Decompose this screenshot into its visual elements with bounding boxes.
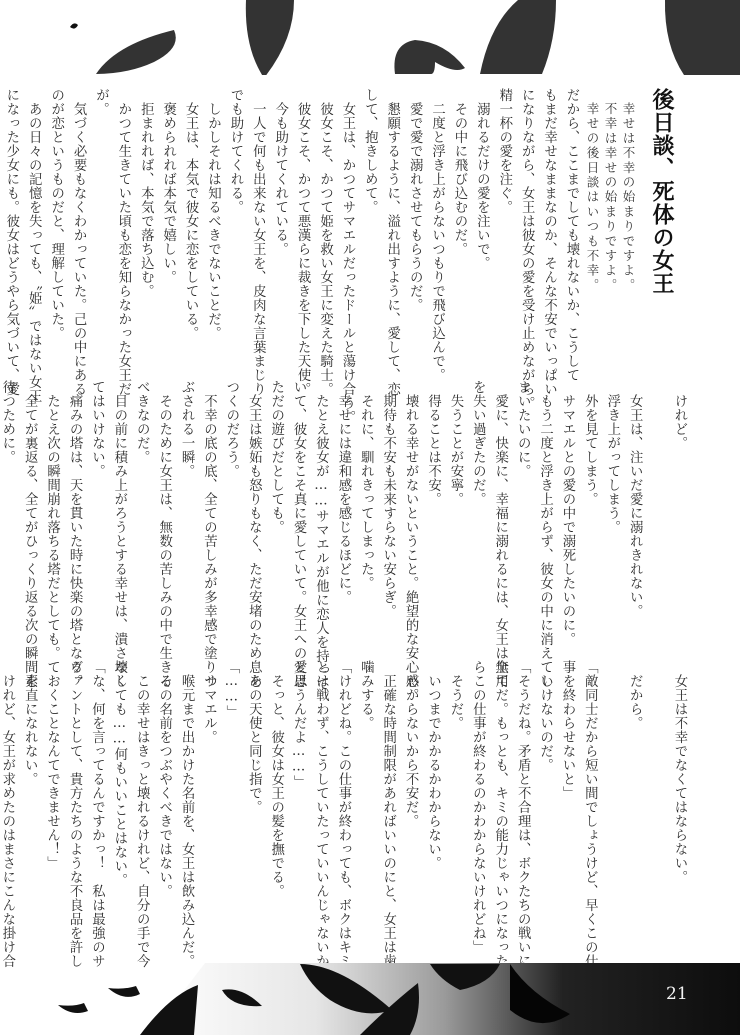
text-line: けれど、女王が求めたのはまさにこんな掛け合: [0, 660, 18, 946]
text-line: 女王は不幸でなくてはならない。: [668, 660, 690, 946]
bottom-feathers-decoration-icon: [0, 962, 740, 1035]
text-line: 噛みする。: [354, 660, 376, 946]
text-line: して、抱きしめて。: [358, 88, 380, 358]
text-line: まいたいのに。: [511, 380, 533, 642]
text-band-middle: けれど。 女王は、注いだ愛に溺れきれない。 浮き上がってしまう。 外を見てしまう…: [82, 380, 690, 642]
text-line: サマエルとの愛の中で溺死したいのに。: [556, 380, 578, 642]
text-band-top: だから、ここまでしても壊れないか、こうしてもまだ幸せなままなのか、そんな不安でい…: [82, 88, 582, 358]
text-line: いけないのだ。: [533, 660, 555, 946]
text-line: 気づく必要もなくわかっていた。己の中にある: [67, 88, 89, 358]
text-line: 目の前に積み上がろうとする幸せは、潰さなく: [107, 380, 129, 642]
text-line: [645, 380, 667, 642]
text-line: を失い過ぎたのだ。: [466, 380, 488, 642]
text-line: 女王は、注いだ愛に溺れきれない。: [623, 380, 645, 642]
text-line: 今も助けてくれている。: [268, 88, 290, 358]
text-line: あの日々の記憶を失っても、〝姫〟ではない女王: [22, 88, 44, 358]
text-line: 幸せには違和感を感じるほどに。: [332, 380, 354, 642]
epigraph: 幸せは不幸の始まりですよ。不幸は幸せの始まりですよ。幸せの後日談はいつも不幸。: [583, 102, 637, 293]
text-line: いて、彼女をこそ真に愛していて。女王への愛は: [287, 380, 309, 642]
text-line: その中に飛び込むのだ。: [448, 88, 470, 358]
page-number: 21: [666, 984, 688, 1004]
text-line: 彼女こそ、かつて姫を救い女王に変えた騎士。: [313, 88, 335, 358]
text-line: だから。: [623, 660, 645, 946]
text-line: てはいけない。: [85, 380, 107, 642]
text-line: サマエル。: [197, 660, 219, 946]
text-line: が。: [89, 88, 111, 358]
text-line: かつて生きていた頃も恋を知らなかった女王だ: [111, 88, 133, 358]
text-line: 喉元まで出かけた名前を、女王は飲み込んだ。: [175, 660, 197, 946]
text-line: 愛で愛で溺れさせてもらうのだ。: [403, 88, 425, 358]
text-line: [600, 660, 622, 946]
text-line: 褒められれば本気で嬉しい。: [156, 88, 178, 358]
text-line: 二度と浮き上がらないつもりで飛び込んで。: [425, 88, 447, 358]
text-line: 溺れるだけの愛を注いで。: [470, 88, 492, 358]
text-line: つくのだろう。: [219, 380, 241, 642]
text-line: 一人で何も出来ない女王を、皮肉な言葉まじり: [246, 88, 268, 358]
text-line: 痛みの塔は、天を貫いた時に快楽の塔となる。: [63, 380, 85, 642]
text-line: 懇願するように、溢れ出すように、愛して、恋: [380, 88, 402, 358]
text-line: 愛に、快楽に、幸福に溺れるには、女王は全て: [488, 380, 510, 642]
text-line: 彼女こそ、かつて悪漢らに裁きを下した天使。: [291, 88, 313, 358]
text-line: 精一杯の愛を注ぐ。: [492, 88, 514, 358]
text-line: 拒まれれば、本気で落ち込む。: [134, 88, 156, 358]
text-line: ておくことなんてできません！」: [40, 660, 62, 946]
text-line: ただの遊びだとしても。: [264, 380, 286, 642]
text-line: のが恋というものだと、理解していた。: [44, 88, 66, 358]
text-line: 期待も不安も未来すらない安らぎ。: [376, 380, 398, 642]
text-line: らこの仕事が終わるのかわからないけれどね」: [466, 660, 488, 946]
text-line: わからないから不安だ。: [399, 660, 421, 946]
epigraph-line: 不幸は幸せの始まりですよ。: [601, 102, 619, 293]
text-line: この幸せはきっと壊れるけれど、自分の手で今: [130, 660, 152, 946]
epigraph-line: 幸せの後日談はいつも不幸。: [583, 102, 601, 293]
book-page: 後日談、死体の女王 幸せは不幸の始まりですよ。不幸は幸せの始まりですよ。幸せの後…: [0, 0, 740, 1035]
text-line: そっと、彼女は女王の髪を撫でる。: [264, 660, 286, 946]
text-line: もう二度と浮き上がらず、彼女の中に消えてし: [533, 380, 555, 642]
top-feathers-decoration-icon: [0, 0, 740, 75]
epigraph-line: 幸せは不幸の始まりですよ。: [619, 102, 637, 293]
text-line: [645, 660, 667, 946]
text-line: になった少女にも。彼女はどうやら気づいて、愛: [0, 88, 22, 358]
text-line: 壊しても……何もいいことはない。: [107, 660, 129, 946]
text-line: ぶされる一瞬。: [175, 380, 197, 642]
text-line: 正確な時間制限があればいいのにと、女王は歯: [376, 660, 398, 946]
text-line: べきなのだ。: [130, 380, 152, 642]
text-line: それに、馴れきってしまった。: [354, 380, 376, 642]
text-line: 浮き上がってしまう。: [600, 380, 622, 642]
text-line: たとえ彼女が……サマエルが他に恋人を持って: [309, 380, 331, 642]
text-line: 女王は、かつてサマエルだったドールと蕩け合う。: [336, 88, 358, 358]
text-line: 外を見てしまう。: [578, 380, 600, 642]
text-line: 「敵同士だから短い間でしょうけど、早くこの仕: [578, 660, 600, 946]
text-line: 素直になれない。: [18, 660, 40, 946]
text-line: 「……」: [219, 660, 241, 946]
text-line: 「な、何を言ってるんですかっ！ 私は最強のサ: [85, 660, 107, 946]
text-line: けれど。: [668, 380, 690, 642]
text-line: ヴァントとして、貴方たちのような不良品を許し: [63, 660, 85, 946]
text-line: その名前をつぶやくべきではない。: [152, 660, 174, 946]
text-line: たとえ次の瞬間崩れ落ちる塔だとしても。: [40, 380, 62, 642]
text-line: と思うんだよ……」: [287, 660, 309, 946]
text-line: もまだ幸せなままなのか、そんな不安でいっぱい: [537, 88, 559, 358]
text-line: 無用だ。もっとも、キミの能力じゃいつになった: [488, 660, 510, 946]
text-line: になりながら、女王は彼女の愛を受け止めながら。: [515, 88, 537, 358]
text-line: 壊れる幸せがないということ。絶望的な安心感。: [399, 380, 421, 642]
text-line: そうだ。: [444, 660, 466, 946]
text-line: そのために女王は、無数の苦しみの中で生きる: [152, 380, 174, 642]
text-line: 待つために。: [0, 380, 18, 642]
text-line: 得ることは不安。: [421, 380, 443, 642]
text-line: しかしそれは知るべきでないことだ。: [201, 88, 223, 358]
text-line: 「けれどね。この仕事が終わっても、ボクはキミ: [332, 660, 354, 946]
text-line: いつまでかかるかわからない。: [421, 660, 443, 946]
text-line: 「そうだね。矛盾と不合理は、ボクたちの戦いに: [511, 660, 533, 946]
text-line: でも助けてくれる。: [224, 88, 246, 358]
text-line: あの天使と同じ指で。: [242, 660, 264, 946]
text-line: だから、ここまでしても壊れないか、こうして: [560, 88, 582, 358]
text-line: 女王は、本気で彼女に恋をしている。: [179, 88, 201, 358]
text-line: 不幸の底の底、全ての苦しみが多幸感で塗りつ: [197, 380, 219, 642]
text-line: とは戦わず、こうしていたっていいんじゃないか: [309, 660, 331, 946]
text-line: 全てが裏返る、全てがひっくり返る次の瞬間を: [18, 380, 40, 642]
text-line: 事を終わらせないと」: [556, 660, 578, 946]
text-band-bottom: 女王は不幸でなくてはならない。 だから。 「敵同士だから短い間でしょうけど、早く…: [82, 660, 690, 946]
text-line: 失うことが安寧。: [444, 380, 466, 642]
text-line: 女王は嫉妬も怒りもなく、ただ安堵のため息を: [242, 380, 264, 642]
page-title: 後日談、死体の女王: [646, 88, 677, 295]
